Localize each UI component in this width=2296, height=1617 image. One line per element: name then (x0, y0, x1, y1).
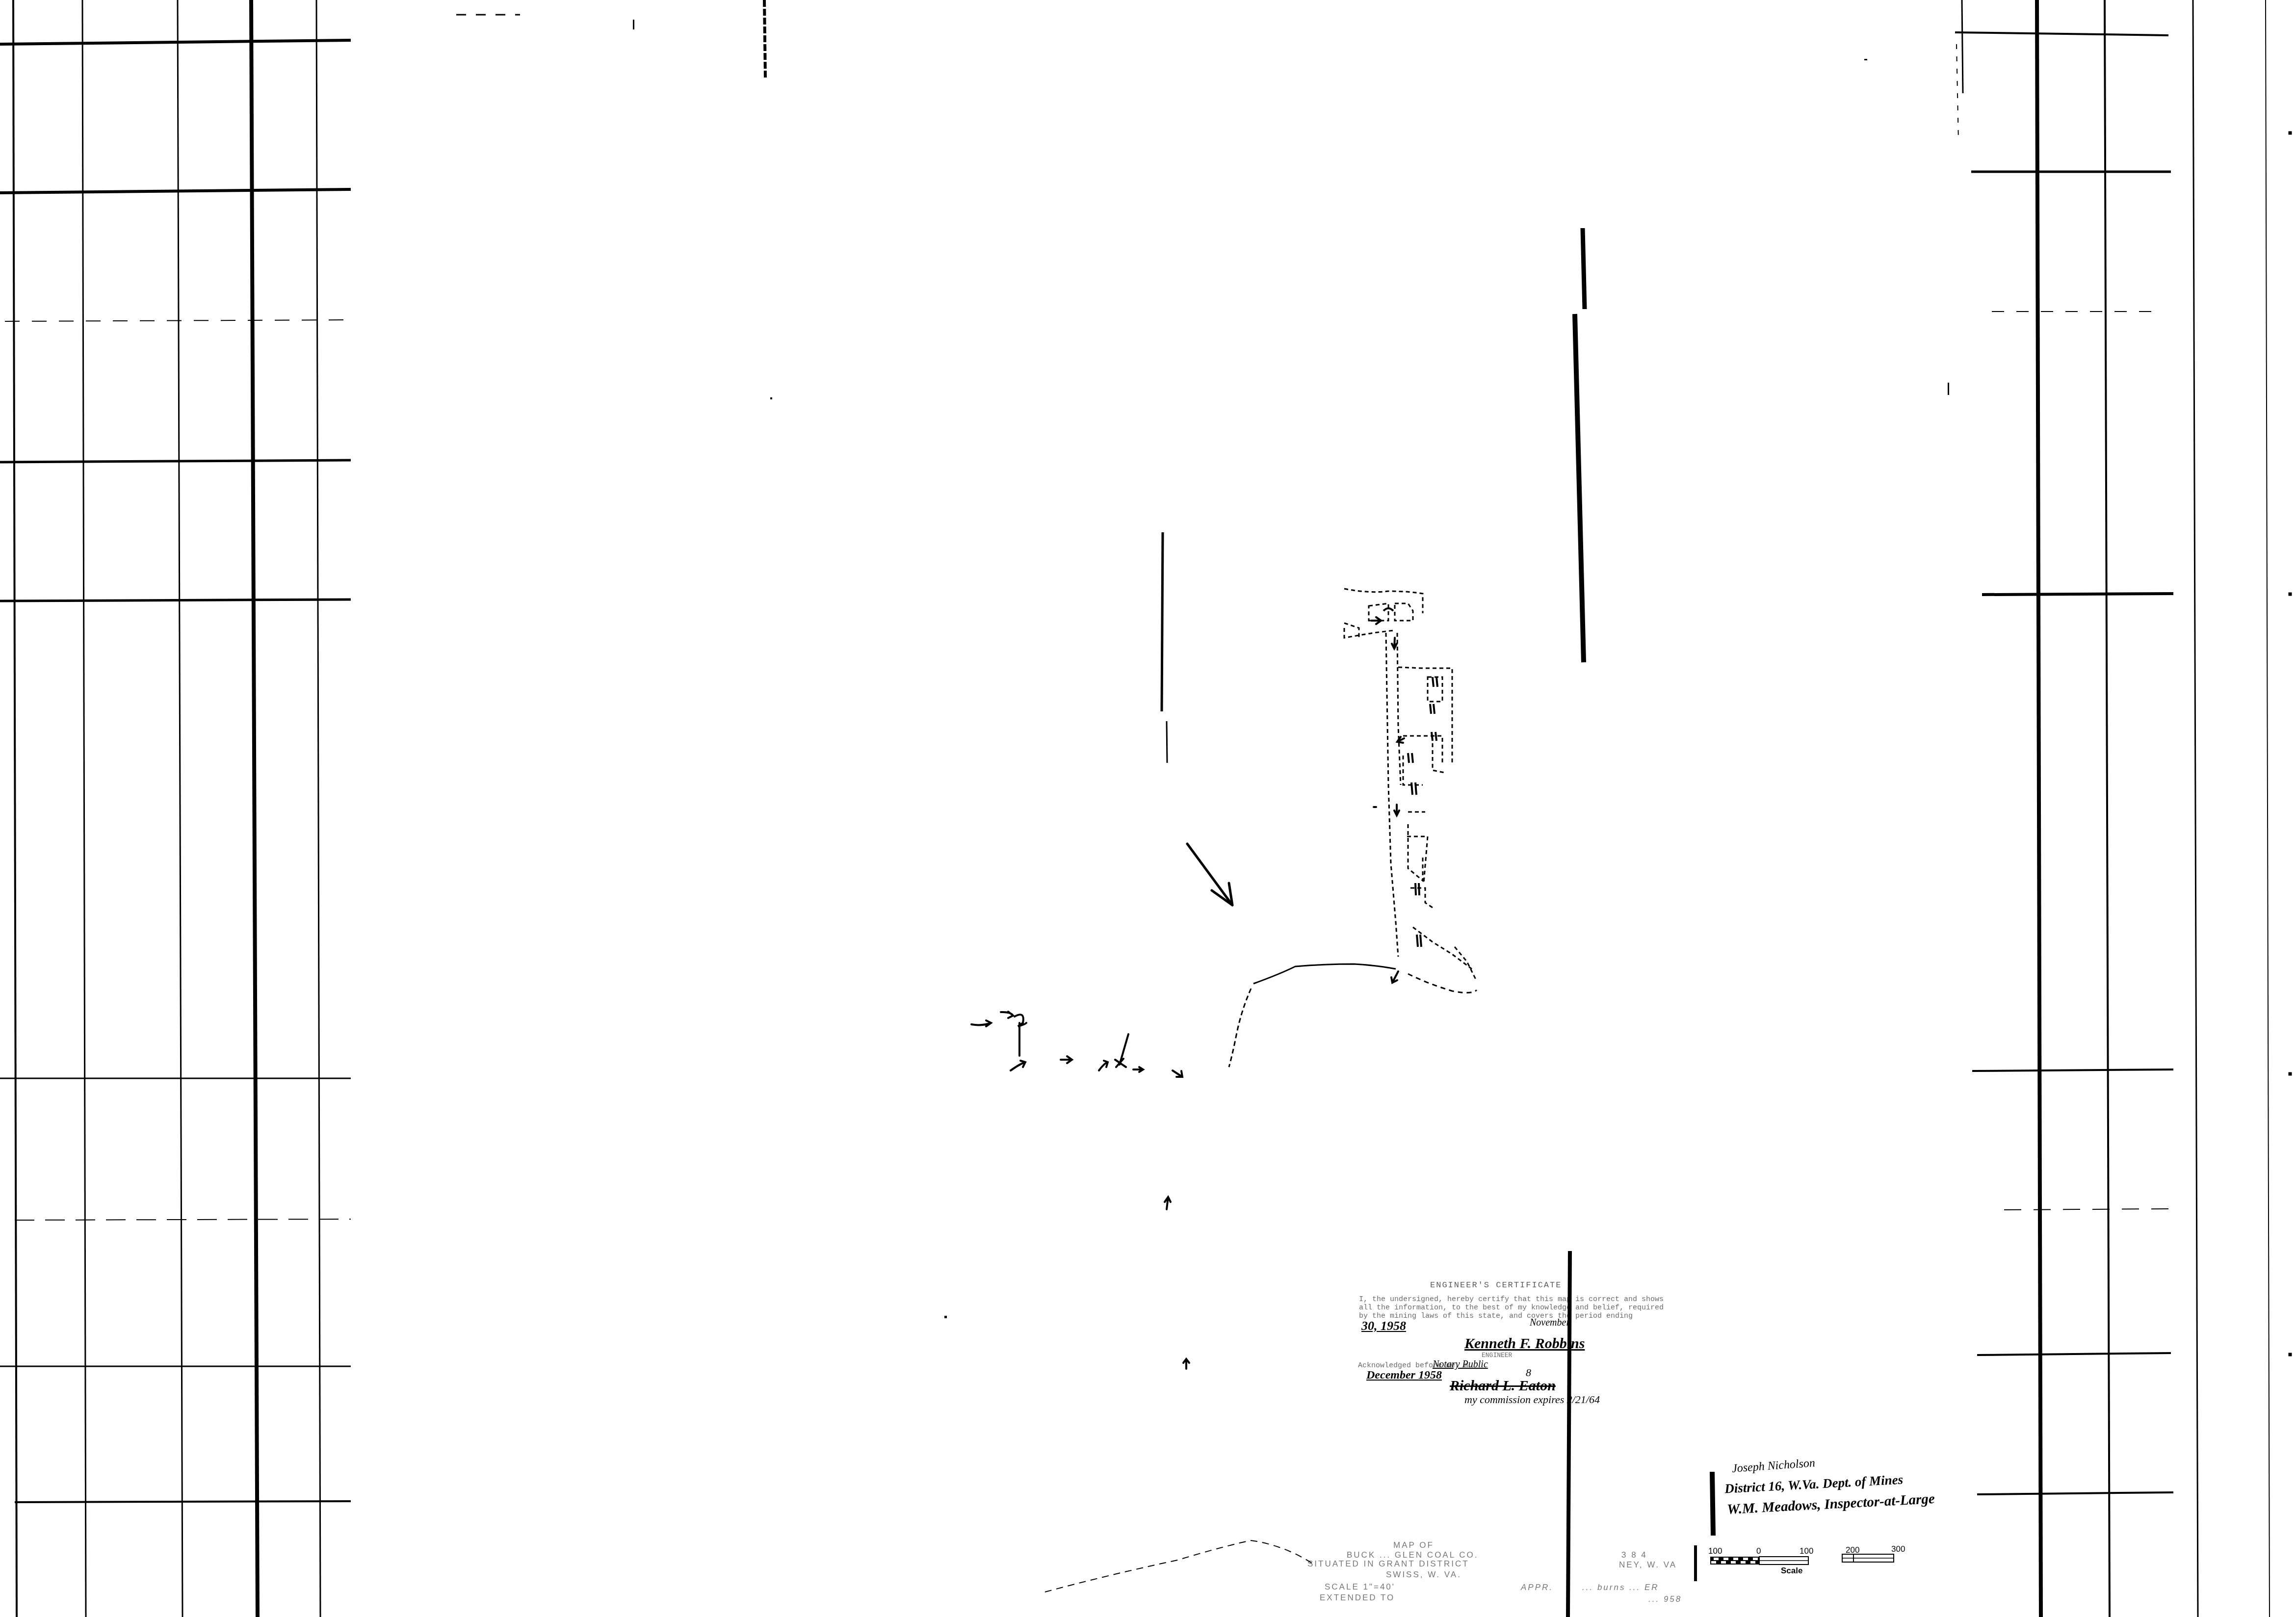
scale-label-0: 0 (1756, 1546, 1761, 1556)
certificate-body: I, the undersigned, hereby certify that … (1359, 1295, 1664, 1320)
certificate-line-1: I, the undersigned, hereby certify that … (1359, 1295, 1664, 1304)
title-block-approved: APPR. (1521, 1583, 1553, 1592)
title-block-number: 3 8 4 (1621, 1550, 1647, 1560)
title-block-scale: SCALE 1"=40' (1325, 1582, 1395, 1592)
mine-map-sheet (0, 0, 2296, 1617)
title-block-location: NEY, W. VA (1619, 1560, 1677, 1570)
title-block-place: SWISS, W. VA. (1386, 1570, 1461, 1580)
scale-caption: Scale (1781, 1566, 1802, 1576)
scale-label-200: 200 (1846, 1545, 1859, 1555)
title-block-engineer: ... burns ... ER (1582, 1583, 1659, 1592)
title-block-mine: BUCK ... GLEN COAL CO. (1347, 1550, 1478, 1560)
certificate-title: ENGINEER'S CERTIFICATE (1430, 1281, 1562, 1290)
notary-signature: Richard L. Eaton (1450, 1378, 1556, 1394)
notary-commission: my commission expires 2/21/64 (1464, 1393, 1600, 1406)
scale-label-300: 300 (1891, 1544, 1905, 1554)
title-block-extended: EXTENDED TO (1320, 1593, 1395, 1603)
title-block-district: SITUATED IN GRANT DISTRICT (1307, 1559, 1469, 1569)
certificate-line-2: all the information, to the best of my k… (1359, 1304, 1664, 1312)
certificate-period-month: November (1530, 1317, 1570, 1329)
certificate-period-date: 30, 1958 (1361, 1319, 1406, 1333)
notary-date: December 1958 (1366, 1369, 1442, 1382)
scale-label-100: 100 (1800, 1546, 1813, 1556)
title-block-heading: MAP OF (1393, 1540, 1434, 1550)
title-block-year: ... 958 (1648, 1594, 1682, 1604)
engineer-signature: Kenneth F. Robbins (1464, 1335, 1585, 1352)
scale-label-100-left: 100 (1708, 1546, 1722, 1556)
engineer-label: ENGINEER (1482, 1352, 1512, 1359)
